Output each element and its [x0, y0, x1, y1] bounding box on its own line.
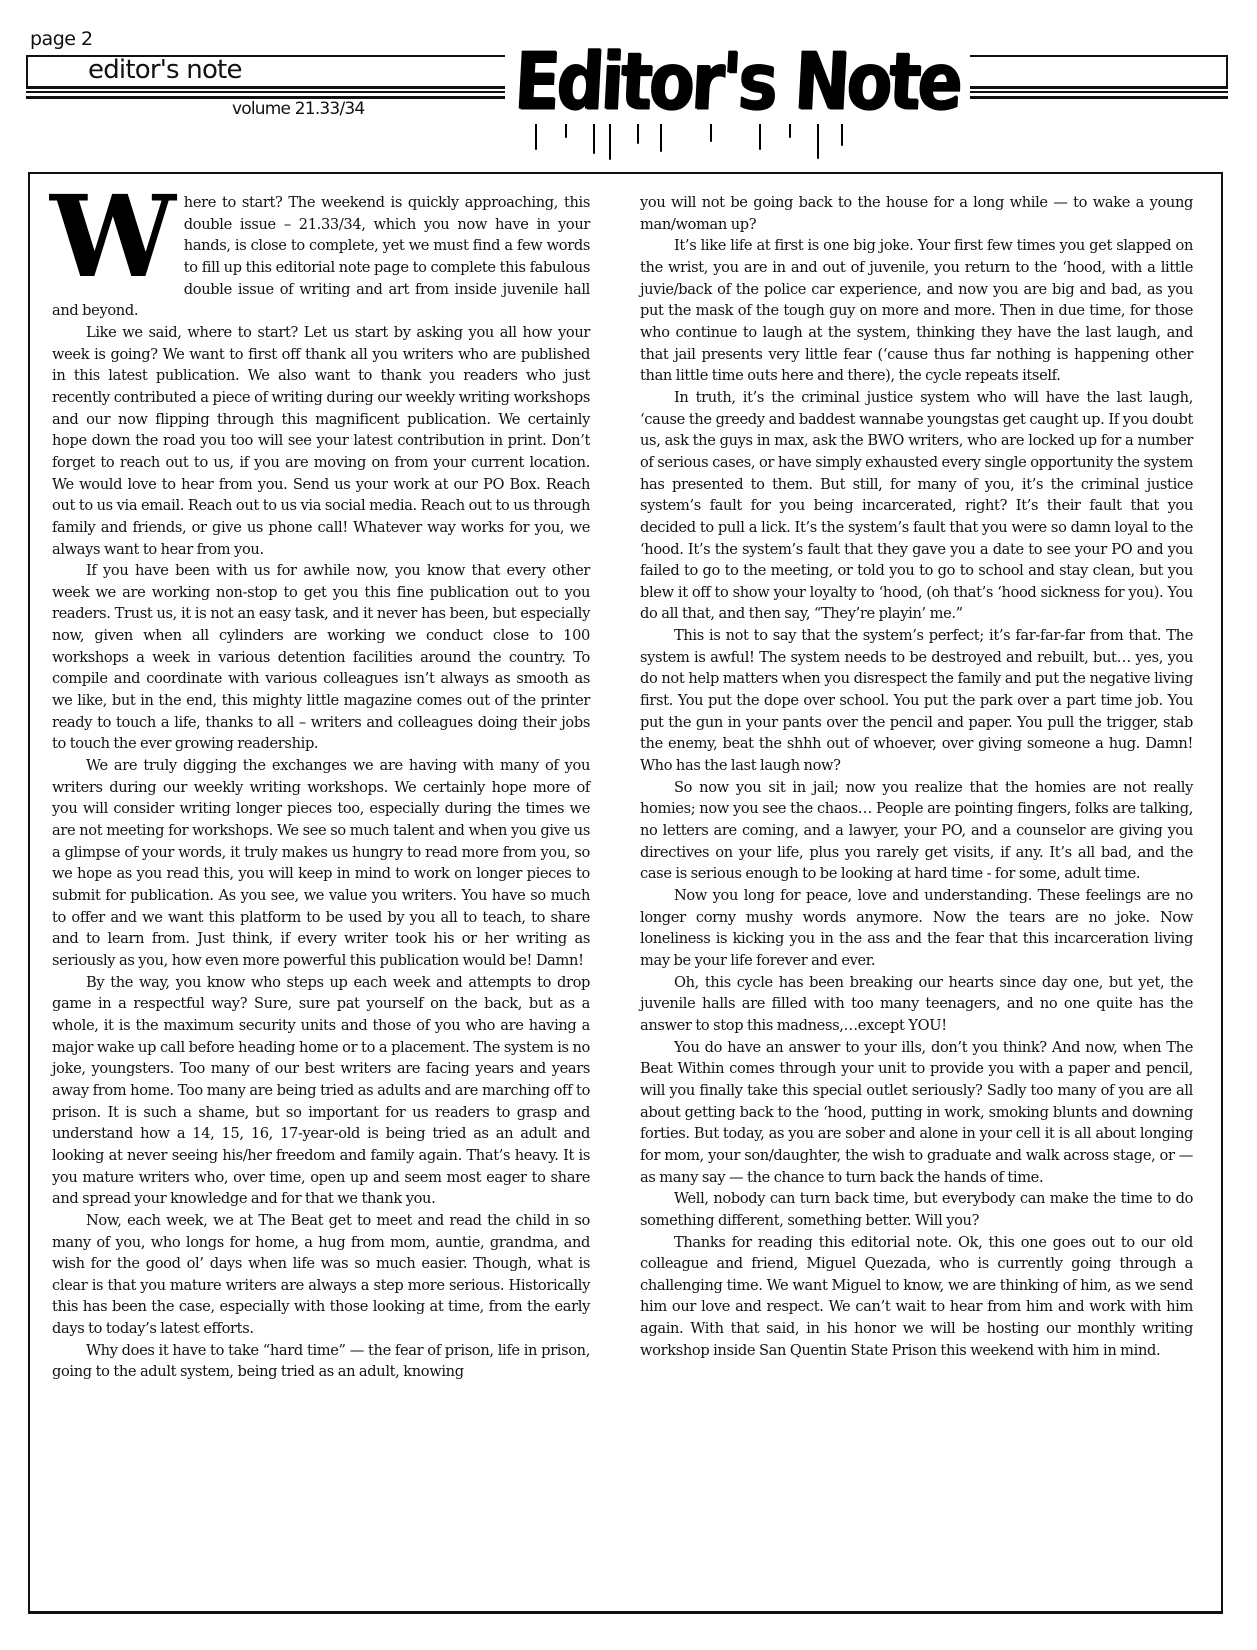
article-paragraph: By the way, you know who steps up each w…: [52, 972, 590, 1210]
section-label: editor's note: [88, 57, 242, 83]
article-column-left: Where to start? The weekend is quickly a…: [52, 192, 590, 1383]
article-paragraph: Like we said, where to start? Let us sta…: [52, 322, 590, 560]
page-number-label: page 2: [30, 30, 93, 49]
article-paragraph: It’s like life at first is one big joke.…: [640, 235, 1193, 387]
masthead-title: Editor's Note: [513, 42, 962, 121]
article-columns: Where to start? The weekend is quickly a…: [52, 192, 1193, 1383]
article-paragraph: Well, nobody can turn back time, but eve…: [640, 1188, 1193, 1231]
article-paragraph: Now you long for peace, love and underst…: [640, 885, 1193, 972]
masthead-graffiti-title: Editor's Note: [505, 26, 970, 138]
article-paragraph: Oh, this cycle has been breaking our hea…: [640, 972, 1193, 1037]
editorial-content-box: Where to start? The weekend is quickly a…: [28, 172, 1223, 1614]
article-paragraph: You do have an answer to your ills, don’…: [640, 1037, 1193, 1189]
article-paragraph-continued: you will not be going back to the house …: [640, 192, 1193, 235]
article-paragraph: We are truly digging the exchanges we ar…: [52, 755, 590, 972]
article-paragraph: In truth, it’s the criminal justice syst…: [640, 387, 1193, 625]
article-paragraph: This is not to say that the system’s per…: [640, 625, 1193, 777]
article-paragraph: So now you sit in jail; now you realize …: [640, 777, 1193, 885]
article-column-right: you will not be going back to the house …: [640, 192, 1193, 1383]
article-paragraph: If you have been with us for awhile now,…: [52, 560, 590, 755]
article-paragraph: Thanks for reading this editorial note. …: [640, 1232, 1193, 1362]
paint-drips-decoration: [505, 124, 970, 164]
article-paragraph: Where to start? The weekend is quickly a…: [52, 192, 590, 322]
drop-cap-letter: W: [50, 196, 172, 282]
article-paragraph: Now, each week, we at The Beat get to me…: [52, 1210, 590, 1340]
article-paragraph: Why does it have to take “hard time” — t…: [52, 1340, 590, 1383]
volume-label: volume 21.33/34: [232, 101, 364, 118]
